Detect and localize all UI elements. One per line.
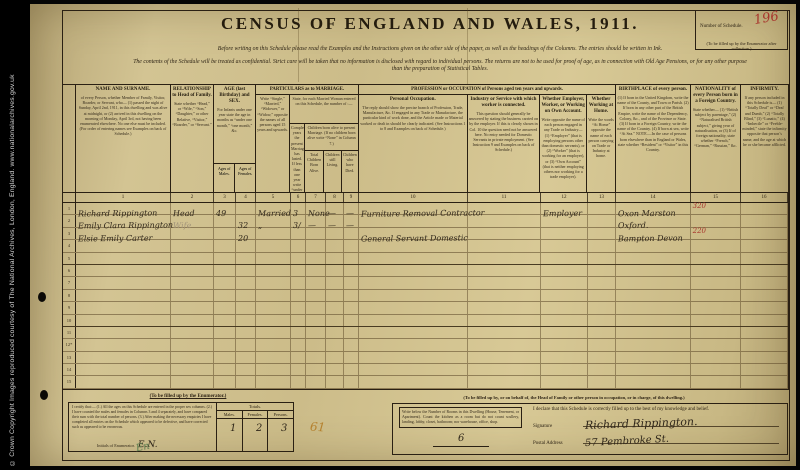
cell-birthplace [616, 364, 691, 375]
cell-industry [468, 228, 541, 239]
punch-hole [38, 292, 46, 302]
cell-born [306, 364, 326, 375]
cell-occupation [359, 265, 468, 276]
cell-employer [541, 215, 588, 226]
cell-birthplace [616, 290, 691, 301]
rooms-instruction: Write below the Number of Rooms in this … [399, 407, 522, 428]
column-number: 12 [541, 193, 588, 202]
table-row: 8 [63, 290, 788, 302]
householder-section-heading: (To be filled up by, or on behalf of, th… [360, 395, 788, 400]
cell-marriage [256, 240, 291, 251]
cell-home [588, 277, 616, 288]
cell-age_f: 32 [236, 215, 256, 226]
cell-infirmity [741, 327, 788, 338]
cell-home [588, 290, 616, 301]
cell-num: 10 [63, 315, 76, 326]
cell-industry [468, 352, 541, 363]
totals-persons-value: 3 [273, 419, 288, 439]
cell-living [326, 376, 344, 387]
rooms-count-handwritten: 6 [456, 434, 464, 444]
table-row: 10 [63, 315, 788, 327]
children-caption: Children born alive to present Marriage.… [305, 124, 358, 151]
cell-occupation [359, 277, 468, 288]
cell-living [326, 290, 344, 301]
cell-years [291, 290, 306, 301]
cell-nationality [691, 327, 741, 338]
cell-marriage [256, 315, 291, 326]
cell-home [588, 376, 616, 387]
cell-name [76, 339, 171, 350]
cell-relationship [171, 364, 214, 375]
cell-infirmity [741, 315, 788, 326]
form-title: CENSUS OF ENGLAND AND WALES, 1911. [150, 14, 710, 34]
cell-years [291, 240, 306, 251]
col-header-working-at-home: Whether Working at Home. Write the words… [587, 95, 615, 192]
cell-relationship [171, 376, 214, 387]
cell-died [344, 302, 359, 313]
cell-occupation [359, 327, 468, 338]
enumerator-certification-box: I certify that:— (1.) All the ages on th… [68, 402, 294, 452]
cell-birthplace [616, 277, 691, 288]
cell-marriage [256, 339, 291, 350]
rooms-count: 6 [433, 428, 489, 447]
cell-years [291, 327, 306, 338]
table-row: 14 [63, 364, 788, 376]
punch-hole [40, 390, 48, 400]
instruction-line: than the preparation of Statistical Tabl… [100, 66, 780, 73]
cell-marriage [256, 277, 291, 288]
signature-label: Signature [533, 424, 581, 429]
cell-age_f [236, 253, 256, 264]
col-header-relationship: RELATIONSHIP to Head of Family. State wh… [171, 85, 214, 192]
cell-died [344, 253, 359, 264]
cell-name [76, 315, 171, 326]
table-row: 5 [63, 253, 788, 265]
cell-nationality [691, 277, 741, 288]
cell-birthplace [616, 339, 691, 350]
column-number: 13 [588, 193, 616, 202]
cell-nationality [691, 352, 741, 363]
cell-age_f [236, 339, 256, 350]
cell-birthplace [616, 302, 691, 313]
cell-infirmity [741, 277, 788, 288]
cell-living: — [326, 203, 344, 214]
cell-age_m [214, 352, 236, 363]
cell-living [326, 327, 344, 338]
cell-home [588, 327, 616, 338]
cell-employer [541, 302, 588, 313]
cell-nationality [691, 339, 741, 350]
cell-num: 2 [63, 215, 76, 226]
cell-nationality [691, 364, 741, 375]
cell-age_m [214, 302, 236, 313]
cell-died [344, 376, 359, 387]
cell-employer [541, 290, 588, 301]
cell-age_f [236, 302, 256, 313]
cell-infirmity [741, 364, 788, 375]
cell-name [76, 352, 171, 363]
column-number: 5 [256, 193, 291, 202]
householder-declaration-box: Write below the Number of Rooms in this … [392, 403, 788, 455]
census-table: NAME AND SURNAME. of every Person, wheth… [62, 84, 789, 390]
cell-relationship [171, 315, 214, 326]
cell-relationship: Wife [171, 215, 214, 226]
cell-age_f [236, 277, 256, 288]
column-number: 8 [326, 193, 344, 202]
cell-died [344, 240, 359, 251]
cell-infirmity [741, 228, 788, 239]
instruction-line: Before writing on this Schedule please r… [100, 46, 780, 53]
cell-num: 8 [63, 290, 76, 301]
cell-marriage: „ [256, 215, 291, 226]
cell-living [326, 265, 344, 276]
cell-marriage [256, 290, 291, 301]
cell-relationship [171, 327, 214, 338]
cell-employer: Employer [541, 203, 588, 214]
cell-living [326, 339, 344, 350]
cell-born [306, 302, 326, 313]
cell-home [588, 253, 616, 264]
col-header-children-died: Children who have Died. [342, 151, 358, 192]
cell-employer [541, 253, 588, 264]
cell-years [291, 277, 306, 288]
cell-industry [468, 302, 541, 313]
cell-occupation [359, 315, 468, 326]
enumerator-code: 220 [693, 227, 706, 235]
column-number: 2 [171, 193, 214, 202]
cell-infirmity [741, 240, 788, 251]
col-header-marriage-group: PARTICULARS as to MARRIAGE. Write “Singl… [256, 85, 359, 192]
cell-age_f: 20 [236, 228, 256, 239]
cell-died [344, 228, 359, 239]
cell-age_m [214, 265, 236, 276]
cell-nationality [691, 215, 741, 226]
cell-employer [541, 228, 588, 239]
cell-infirmity [741, 203, 788, 214]
tally-annotation: 61 [310, 419, 326, 434]
cell-years [291, 339, 306, 350]
cell-home [588, 315, 616, 326]
cell-living [326, 364, 344, 375]
cell-marriage [256, 302, 291, 313]
totals-females-value: 2 [248, 419, 263, 439]
cell-home [588, 352, 616, 363]
cell-birthplace [616, 315, 691, 326]
cell-employer [541, 376, 588, 387]
cell-infirmity [741, 376, 788, 387]
cell-num: 5 [63, 253, 76, 264]
cell-infirmity [741, 302, 788, 313]
column-number: 7 [306, 193, 326, 202]
cell-name [76, 327, 171, 338]
cell-birthplace [616, 376, 691, 387]
cell-infirmity [741, 253, 788, 264]
col-header-industry: Industry or Service with which worker is… [468, 95, 541, 192]
cell-industry [468, 253, 541, 264]
table-body: 1Richard RippingtonHead49Married3None——F… [62, 203, 789, 390]
cell-age_f [236, 327, 256, 338]
cell-born [306, 277, 326, 288]
cell-living [326, 253, 344, 264]
cell-birthplace: Bampton Devon220 [616, 228, 691, 239]
col-header-infirmity: INFIRMITY. If any person included in thi… [741, 85, 788, 192]
cell-died [344, 364, 359, 375]
cell-birthplace [616, 240, 691, 251]
enumerator-section-heading: (To be filled up by the Enumerator.) [68, 394, 308, 399]
col-header-age-males: Ages of Males. [214, 164, 235, 192]
cell-living [326, 228, 344, 239]
cell-relationship [171, 253, 214, 264]
totals-males-label: Males. [217, 411, 243, 418]
cell-infirmity [741, 352, 788, 363]
column-number: 11 [468, 193, 541, 202]
cell-num: 12* [63, 339, 76, 350]
cell-infirmity [741, 339, 788, 350]
cell-industry [468, 315, 541, 326]
cell-born [306, 265, 326, 276]
column-number: 6 [291, 193, 306, 202]
cell-employer [541, 240, 588, 251]
col-header-children-living: Children still Living. [324, 151, 341, 192]
cell-birthplace: Oxford. [616, 215, 691, 226]
cell-born: None [306, 203, 326, 214]
cell-home [588, 364, 616, 375]
cell-num: 3 [63, 228, 76, 239]
cell-employer [541, 339, 588, 350]
cell-died [344, 265, 359, 276]
cell-age_f [236, 265, 256, 276]
cell-died: — [344, 203, 359, 214]
cell-died [344, 352, 359, 363]
cell-nationality [691, 290, 741, 301]
cell-age_m: 49 [214, 203, 236, 214]
cell-num: 1 [63, 203, 76, 214]
cell-industry [468, 376, 541, 387]
column-number: 9 [344, 193, 359, 202]
cell-marriage: Married [256, 203, 291, 214]
cell-marriage [256, 253, 291, 264]
cell-employer [541, 265, 588, 276]
cell-name [76, 240, 171, 251]
cell-home [588, 215, 616, 226]
census-form-paper: Number of Schedule. 196 (To be filled up… [30, 4, 796, 466]
column-number: 3 [214, 193, 236, 202]
enumerator-certification-text: I certify that:— (1.) All the ages on th… [72, 405, 213, 430]
table-row: 12* [63, 339, 788, 351]
cell-home [588, 265, 616, 276]
totals-males-value: 1 [222, 419, 237, 439]
cell-nationality [691, 240, 741, 251]
cell-employer [541, 277, 588, 288]
cell-occupation [359, 352, 468, 363]
copyright-text: © Crown Copyright Images reproduced cour… [9, 4, 16, 466]
cell-born [306, 315, 326, 326]
totals-table: Totals. Males. Females. Persons. 1 2 3 [217, 403, 293, 451]
cell-age_f [236, 364, 256, 375]
cell-occupation [359, 253, 468, 264]
cell-occupation [359, 339, 468, 350]
cell-age_m [214, 339, 236, 350]
table-row: 3Elsie Emily Carter20General Servant Dom… [63, 228, 788, 240]
cell-marriage [256, 376, 291, 387]
cell-age_m [214, 215, 236, 226]
cell-home [588, 240, 616, 251]
cell-marriage [256, 228, 291, 239]
cell-age_m [214, 290, 236, 301]
cell-relationship [171, 277, 214, 288]
cell-industry [468, 290, 541, 301]
cell-age_f [236, 315, 256, 326]
cell-born [306, 327, 326, 338]
cell-born [306, 376, 326, 387]
column-number: 16 [741, 193, 788, 202]
cell-born [306, 339, 326, 350]
cell-age_m [214, 327, 236, 338]
table-row: 6 [63, 265, 788, 277]
cell-living [326, 352, 344, 363]
column-number: 10 [359, 193, 468, 202]
cell-occupation [359, 215, 468, 226]
cell-occupation [359, 302, 468, 313]
cell-age_f [236, 203, 256, 214]
table-row: 2Emily Clara RippingtonWife32„3∕———Oxfor… [63, 215, 788, 227]
table-row: 7 [63, 277, 788, 289]
cell-name [76, 302, 171, 313]
cell-age_m [214, 277, 236, 288]
cell-name: Elsie Emily Carter [76, 228, 171, 239]
cell-born [306, 290, 326, 301]
cell-died [344, 315, 359, 326]
married-woman-caption: State, for each Married Woman entered on… [290, 95, 358, 124]
cell-years [291, 228, 306, 239]
cell-living [326, 315, 344, 326]
cell-age_m [214, 364, 236, 375]
cell-num: 11 [63, 327, 76, 338]
table-row: 4 [63, 240, 788, 252]
cell-occupation [359, 240, 468, 251]
cell-died: — [344, 215, 359, 226]
cell-home [588, 228, 616, 239]
table-header: NAME AND SURNAME. of every Person, wheth… [62, 84, 789, 192]
cell-age_f [236, 240, 256, 251]
postal-address-handwritten: 57 Pembroke St. [583, 434, 670, 450]
cell-home [588, 203, 616, 214]
cell-industry [468, 203, 541, 214]
column-number: 4 [236, 193, 256, 202]
cell-birthplace [616, 265, 691, 276]
col-header-age-females: Ages of Females. [235, 164, 255, 192]
cell-years: 3∕ [291, 215, 306, 226]
cell-died [344, 327, 359, 338]
cell-nationality [691, 302, 741, 313]
cell-occupation [359, 290, 468, 301]
postal-address-label: Postal Address [533, 441, 581, 446]
cell-name: Emily Clara Rippington [76, 215, 171, 226]
cell-years [291, 253, 306, 264]
cell-marriage [256, 265, 291, 276]
col-header-employer-status: Whether Employer, Worker, or Working on … [540, 95, 587, 192]
col-header-profession-group: PROFESSION or OCCUPATION of Persons aged… [359, 85, 616, 192]
cell-age_m [214, 240, 236, 251]
cell-age_m [214, 315, 236, 326]
cell-name [76, 364, 171, 375]
cell-age_m [214, 228, 236, 239]
cell-occupation: Furniture Removal Contractor [359, 203, 468, 214]
cell-died [344, 339, 359, 350]
table-row: 15 [63, 376, 788, 388]
cell-num: 6 [63, 265, 76, 276]
cell-industry [468, 327, 541, 338]
cell-born [306, 253, 326, 264]
cell-name: Richard Rippington [76, 203, 171, 214]
cell-occupation [359, 376, 468, 387]
col-header-age: AGE (last Birthday) and SEX. For Infants… [214, 85, 256, 192]
cell-born: — [306, 215, 326, 226]
col-header-row-number [63, 85, 76, 192]
cell-industry [468, 277, 541, 288]
cell-years [291, 302, 306, 313]
cell-name [76, 253, 171, 264]
declaration-text: I declare that this Schedule is correctl… [533, 407, 779, 412]
cell-marriage [256, 364, 291, 375]
col-header-nationality: NATIONALITY of every Person born in a Fo… [691, 85, 741, 192]
cell-nationality [691, 265, 741, 276]
cell-living [326, 302, 344, 313]
cell-birthplace [616, 253, 691, 264]
cell-age_m [214, 253, 236, 264]
cell-relationship [171, 352, 214, 363]
cell-years [291, 376, 306, 387]
scanned-census-page: © Crown Copyright Images reproduced cour… [0, 0, 800, 470]
cell-relationship [171, 240, 214, 251]
column-number: 14 [616, 193, 691, 202]
cell-industry [468, 265, 541, 276]
cell-died [344, 277, 359, 288]
column-number: 1 [76, 193, 171, 202]
cell-birthplace [616, 327, 691, 338]
col-header-years-married: Completed years the present Marriage has… [290, 124, 305, 192]
cell-industry [468, 215, 541, 226]
table-row: 9 [63, 302, 788, 314]
signature-handwritten: Richard Rippington. [583, 416, 698, 432]
column-number: 15 [691, 193, 741, 202]
cell-infirmity [741, 265, 788, 276]
cell-years [291, 315, 306, 326]
schedule-number-value: 196 [753, 9, 780, 28]
cell-industry [468, 240, 541, 251]
totals-title: Totals. [217, 403, 293, 411]
col-header-marriage-condition: Write “Single,” “Married,” “Widower,” or… [256, 95, 290, 192]
col-header-personal-occupation: Personal Occupation. The reply should sh… [359, 95, 468, 192]
cell-years [291, 352, 306, 363]
cell-infirmity [741, 215, 788, 226]
table-row: 1Richard RippingtonHead49Married3None——F… [63, 203, 788, 215]
table-row: 13 [63, 352, 788, 364]
cell-marriage [256, 352, 291, 363]
cell-years: 3 [291, 203, 306, 214]
cell-relationship [171, 339, 214, 350]
cell-industry [468, 364, 541, 375]
cell-industry [468, 339, 541, 350]
cell-living: — [326, 215, 344, 226]
cell-nationality [691, 376, 741, 387]
cell-birthplace: Oxon Marston320 [616, 203, 691, 214]
table-row: 11 [63, 327, 788, 339]
cell-home [588, 302, 616, 313]
cell-num: 9 [63, 302, 76, 313]
cell-occupation: General Servant Domestic [359, 228, 468, 239]
cell-num: 7 [63, 277, 76, 288]
